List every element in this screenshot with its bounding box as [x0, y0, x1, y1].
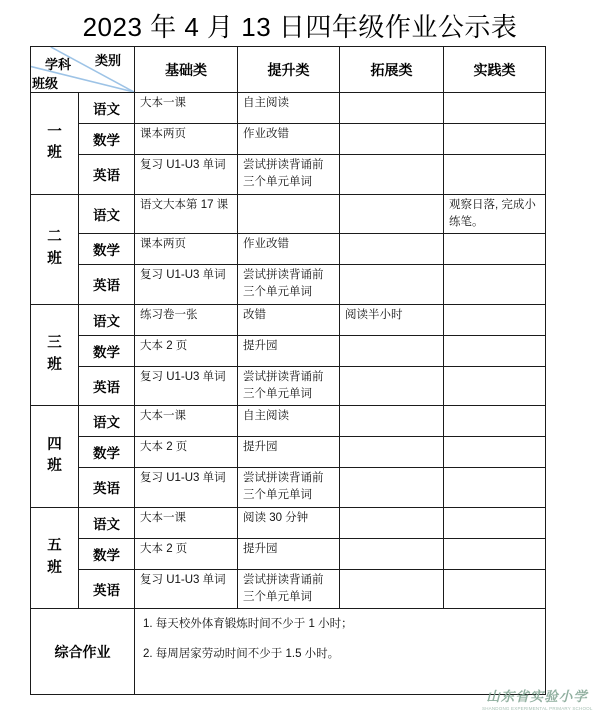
- basic-cell: 练习卷一张: [135, 304, 238, 335]
- expand-cell: [340, 406, 444, 437]
- basic-cell: 复习 U1-U3 单词: [135, 468, 238, 508]
- subject-label: 数学: [79, 234, 135, 265]
- class-label-3: 三班: [31, 304, 79, 406]
- basic-cell: 语文大本第 17 课: [135, 194, 238, 234]
- corner-class-label: 班级: [32, 73, 58, 92]
- basic-cell: 复习 U1-U3 单词: [135, 265, 238, 305]
- practice-cell: [444, 265, 546, 305]
- improve-cell: 自主阅读: [238, 93, 340, 124]
- expand-cell: [340, 124, 444, 155]
- class-label-4: 四班: [31, 406, 79, 508]
- class-5-row-3: 英语复习 U1-U3 单词尝试拼读背诵前三个单元单词: [31, 569, 546, 609]
- basic-cell: 大本 2 页: [135, 437, 238, 468]
- summary-label: 综合作业: [31, 609, 135, 695]
- improve-cell: 作业改错: [238, 124, 340, 155]
- summary-body: 综合作业 1. 每天校外体育锻炼时间不少于 1 小时； 2. 每周居家劳动时间不…: [31, 609, 546, 695]
- subject-label: 英语: [79, 265, 135, 305]
- practice-cell: [444, 335, 546, 366]
- expand-cell: [340, 538, 444, 569]
- improve-cell: 尝试拼读背诵前三个单元单词: [238, 468, 340, 508]
- basic-cell: 课本两页: [135, 124, 238, 155]
- corner-subject-label: 学科: [45, 54, 71, 73]
- improve-cell: 尝试拼读背诵前三个单元单词: [238, 366, 340, 406]
- subject-label: 语文: [79, 507, 135, 538]
- class-1-row-1: 一班语文大本一课自主阅读: [31, 93, 546, 124]
- header-row: 学科 类别 班级 基础类 提升类 拓展类 实践类: [31, 47, 546, 93]
- expand-cell: [340, 335, 444, 366]
- subject-label: 英语: [79, 366, 135, 406]
- school-watermark: 山东省实验小学 SHANDONG EXPERIMENTAL PRIMARY SC…: [482, 685, 592, 711]
- summary-content: 1. 每天校外体育锻炼时间不少于 1 小时； 2. 每周居家劳动时间不少于 1.…: [135, 609, 546, 695]
- class-1-row-2: 数学课本两页作业改错: [31, 124, 546, 155]
- subject-label: 数学: [79, 437, 135, 468]
- basic-cell: 课本两页: [135, 234, 238, 265]
- improve-cell: 尝试拼读背诵前三个单元单词: [238, 155, 340, 195]
- subject-label: 英语: [79, 155, 135, 195]
- expand-cell: [340, 507, 444, 538]
- class-2-row-2: 数学课本两页作业改错: [31, 234, 546, 265]
- summary-row: 综合作业 1. 每天校外体育锻炼时间不少于 1 小时； 2. 每周居家劳动时间不…: [31, 609, 546, 695]
- subject-label: 数学: [79, 335, 135, 366]
- practice-cell: [444, 468, 546, 508]
- class-4-row-2: 数学大本 2 页提升园: [31, 437, 546, 468]
- column-header-basic: 基础类: [135, 47, 238, 93]
- basic-cell: 大本 2 页: [135, 538, 238, 569]
- practice-cell: 观察日落, 完成小练笔。: [444, 194, 546, 234]
- diagonal-corner-cell: 学科 类别 班级: [31, 47, 135, 93]
- summary-line-2: 2. 每周居家劳动时间不少于 1.5 小时。: [143, 646, 537, 663]
- practice-cell: [444, 406, 546, 437]
- practice-cell: [444, 538, 546, 569]
- class-name-text: 四班: [47, 435, 62, 479]
- improve-cell: 自主阅读: [238, 406, 340, 437]
- class-3-row-2: 数学大本 2 页提升园: [31, 335, 546, 366]
- improve-cell: 作业改错: [238, 234, 340, 265]
- basic-cell: 大本一课: [135, 507, 238, 538]
- subject-label: 数学: [79, 538, 135, 569]
- expand-cell: [340, 93, 444, 124]
- header-body: 学科 类别 班级 基础类 提升类 拓展类 实践类: [31, 47, 546, 93]
- improve-cell: [238, 194, 340, 234]
- practice-cell: [444, 93, 546, 124]
- class-5-row-2: 数学大本 2 页提升园: [31, 538, 546, 569]
- basic-cell: 大本一课: [135, 406, 238, 437]
- improve-cell: 改错: [238, 304, 340, 335]
- column-header-practice: 实践类: [444, 47, 546, 93]
- improve-cell: 尝试拼读背诵前三个单元单词: [238, 569, 340, 609]
- school-watermark-chinese: 山东省实验小学: [482, 685, 592, 705]
- practice-cell: [444, 507, 546, 538]
- subject-label: 英语: [79, 468, 135, 508]
- summary-line-1: 1. 每天校外体育锻炼时间不少于 1 小时；: [143, 616, 537, 633]
- expand-cell: [340, 265, 444, 305]
- column-header-expand: 拓展类: [340, 47, 444, 93]
- subject-label: 语文: [79, 194, 135, 234]
- class-name-text: 二班: [47, 227, 62, 271]
- improve-cell: 提升园: [238, 538, 340, 569]
- school-watermark-english: SHANDONG EXPERIMENTAL PRIMARY SCHOOL: [482, 706, 592, 711]
- class-label-1: 一班: [31, 93, 79, 195]
- class-2-row-3: 英语复习 U1-U3 单词尝试拼读背诵前三个单元单词: [31, 265, 546, 305]
- class-3-row-3: 英语复习 U1-U3 单词尝试拼读背诵前三个单元单词: [31, 366, 546, 406]
- column-header-improve: 提升类: [238, 47, 340, 93]
- expand-cell: [340, 234, 444, 265]
- practice-cell: [444, 155, 546, 195]
- practice-cell: [444, 304, 546, 335]
- expand-cell: [340, 194, 444, 234]
- subject-label: 语文: [79, 406, 135, 437]
- corner-category-label: 类别: [95, 50, 121, 69]
- class-2-row-1: 二班语文语文大本第 17 课观察日落, 完成小练笔。: [31, 194, 546, 234]
- basic-cell: 复习 U1-U3 单词: [135, 155, 238, 195]
- subject-label: 英语: [79, 569, 135, 609]
- expand-cell: [340, 569, 444, 609]
- improve-cell: 尝试拼读背诵前三个单元单词: [238, 265, 340, 305]
- basic-cell: 复习 U1-U3 单词: [135, 366, 238, 406]
- class-name-text: 三班: [47, 333, 62, 377]
- improve-cell: 阅读 30 分钟: [238, 507, 340, 538]
- expand-cell: [340, 468, 444, 508]
- subject-label: 语文: [79, 304, 135, 335]
- practice-cell: [444, 234, 546, 265]
- page-title: 2023 年 4 月 13 日四年级作业公示表: [0, 7, 600, 44]
- class-name-text: 一班: [47, 122, 62, 166]
- improve-cell: 提升园: [238, 437, 340, 468]
- class-3-row-1: 三班语文练习卷一张改错阅读半小时: [31, 304, 546, 335]
- improve-cell: 提升园: [238, 335, 340, 366]
- class-5-row-1: 五班语文大本一课阅读 30 分钟: [31, 507, 546, 538]
- practice-cell: [444, 366, 546, 406]
- class-1-row-3: 英语复习 U1-U3 单词尝试拼读背诵前三个单元单词: [31, 155, 546, 195]
- expand-cell: [340, 437, 444, 468]
- subject-label: 数学: [79, 124, 135, 155]
- expand-cell: [340, 366, 444, 406]
- basic-cell: 大本一课: [135, 93, 238, 124]
- practice-cell: [444, 124, 546, 155]
- class-name-text: 五班: [47, 536, 62, 580]
- basic-cell: 复习 U1-U3 单词: [135, 569, 238, 609]
- class-label-2: 二班: [31, 194, 79, 304]
- homework-table: 学科 类别 班级 基础类 提升类 拓展类 实践类 一班语文大本一课自主阅读数学课…: [30, 46, 546, 695]
- practice-cell: [444, 437, 546, 468]
- class-rows-body: 一班语文大本一课自主阅读数学课本两页作业改错英语复习 U1-U3 单词尝试拼读背…: [31, 93, 546, 609]
- class-label-5: 五班: [31, 507, 79, 609]
- practice-cell: [444, 569, 546, 609]
- expand-cell: 阅读半小时: [340, 304, 444, 335]
- basic-cell: 大本 2 页: [135, 335, 238, 366]
- class-4-row-1: 四班语文大本一课自主阅读: [31, 406, 546, 437]
- subject-label: 语文: [79, 93, 135, 124]
- expand-cell: [340, 155, 444, 195]
- class-4-row-3: 英语复习 U1-U3 单词尝试拼读背诵前三个单元单词: [31, 468, 546, 508]
